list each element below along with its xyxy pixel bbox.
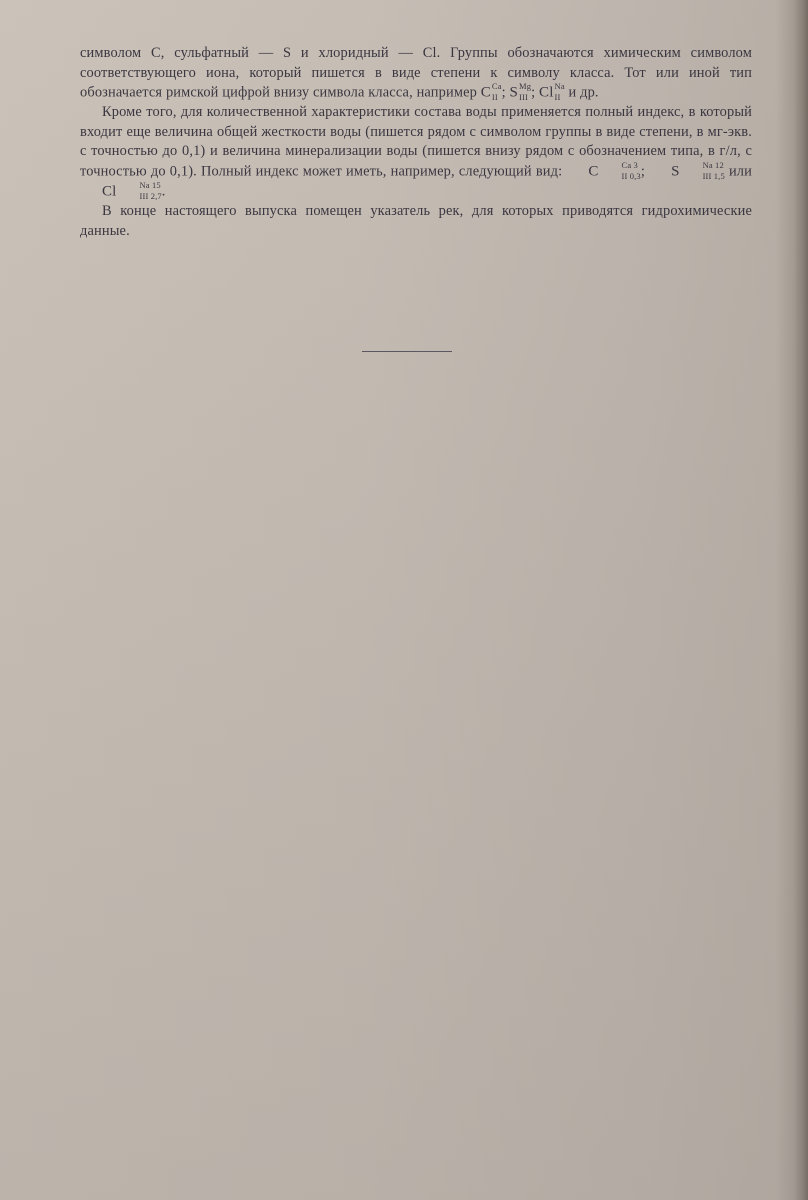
scanned-page: символом С, сульфатный — S и хлоридный —…: [0, 0, 808, 1200]
formula-group-superscript: Na: [555, 82, 565, 91]
text-run: .: [162, 183, 166, 199]
formula-scripts: Na 15III 2,7: [117, 181, 161, 201]
chemical-index-formula: ClNaII: [539, 83, 565, 103]
text-run: символом С, сульфатный — S и хлоридный —…: [80, 45, 752, 101]
formula-type-subscript: III 1,5: [681, 172, 725, 181]
chemical-index-formula: SNa 12III 1,5: [649, 162, 725, 182]
chemical-index-formula: CCa 3II 0,3: [566, 162, 640, 182]
formula-class-symbol: S: [671, 163, 680, 179]
text-run: ;: [531, 85, 539, 101]
formula-type-subscript: II 0,3: [600, 172, 641, 181]
body-text: символом С, сульфатный — S и хлоридный —…: [80, 44, 752, 241]
text-run: ;: [641, 163, 649, 179]
page-edge-shadow: [794, 0, 808, 1200]
formula-type-subscript: III 2,7: [117, 192, 161, 201]
formula-class-symbol: C: [588, 163, 598, 179]
text-run: и др.: [565, 85, 599, 101]
formula-type-subscript: II: [492, 93, 502, 102]
formula-type-subscript: III: [519, 93, 531, 102]
formula-group-superscript: Ca: [492, 82, 502, 91]
chemical-index-formula: ClNa 15III 2,7: [80, 182, 162, 202]
formula-class-symbol: S: [510, 85, 519, 101]
paragraph-p2: Кроме того, для количественной характери…: [80, 103, 752, 202]
chemical-index-formula: CCaII: [481, 83, 502, 103]
section-end-rule: [362, 351, 452, 352]
formula-scripts: Ca 3II 0,3: [600, 161, 641, 181]
text-run: В конце настоящего выпуска помещен указа…: [80, 203, 752, 239]
paragraph-p3: В конце настоящего выпуска помещен указа…: [80, 202, 752, 241]
formula-class-symbol: Cl: [102, 183, 116, 199]
formula-scripts: Na 12III 1,5: [681, 161, 725, 181]
formula-scripts: MgIII: [519, 82, 531, 102]
text-run: или: [725, 163, 752, 179]
formula-group-superscript: Ca 3: [600, 161, 641, 170]
formula-group-superscript: Na 15: [117, 181, 161, 190]
formula-group-superscript: Na 12: [681, 161, 725, 170]
formula-scripts: NaII: [555, 82, 565, 102]
formula-scripts: CaII: [492, 82, 502, 102]
formula-type-subscript: II: [555, 93, 565, 102]
paragraph-p1: символом С, сульфатный — S и хлоридный —…: [80, 44, 752, 103]
chemical-index-formula: SMgIII: [510, 83, 532, 103]
formula-group-superscript: Mg: [519, 82, 531, 91]
text-run: ;: [502, 85, 510, 101]
formula-class-symbol: C: [481, 85, 491, 101]
formula-class-symbol: Cl: [539, 85, 553, 101]
